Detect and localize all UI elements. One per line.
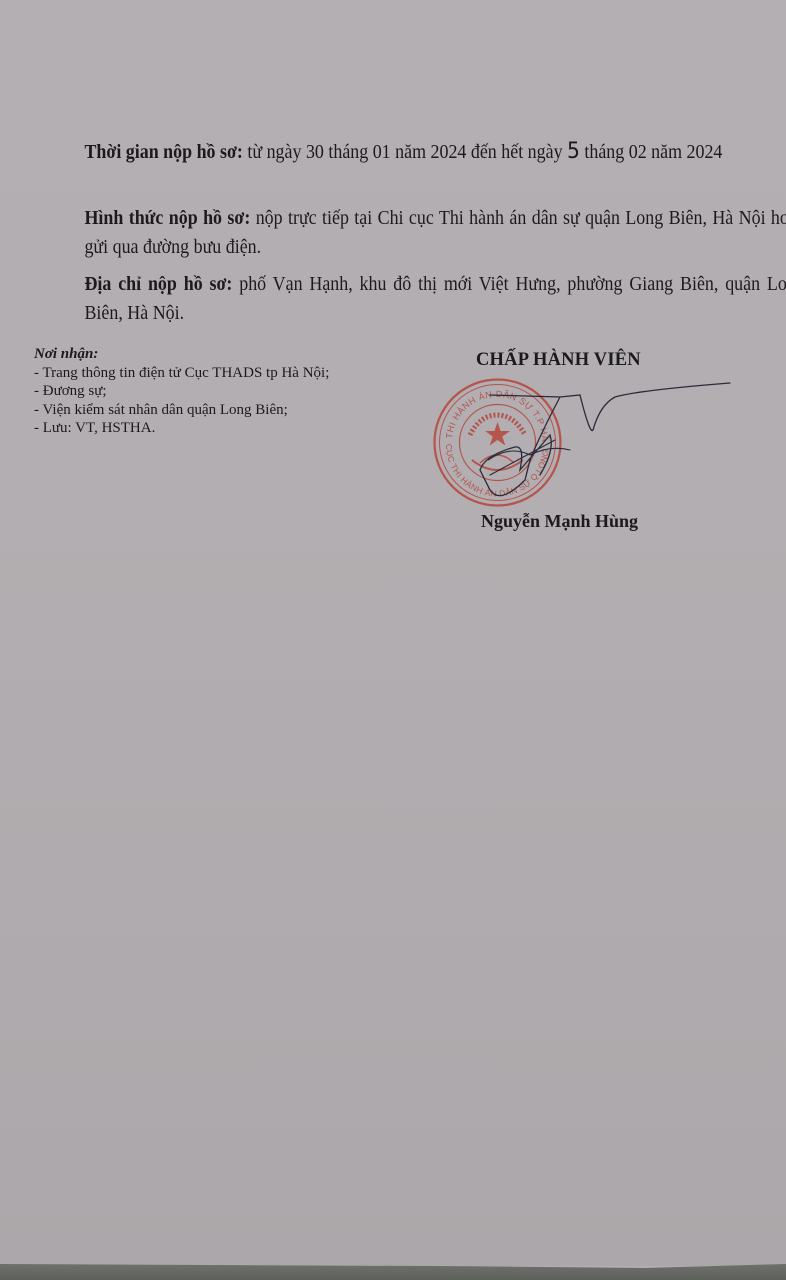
handwritten-day: 5 [567, 139, 580, 164]
submission-period-text-end: tháng 02 năm 2024 [580, 142, 723, 163]
submission-address-label: Địa chỉ nộp hồ sơ: [84, 274, 232, 295]
submission-period-paragraph: Thời gian nộp hồ sơ: từ ngày 30 tháng 01… [32, 137, 786, 167]
recipient-item: - Trang thông tin điện tử Cục THADS tp H… [34, 364, 374, 383]
recipients-block: Nơi nhận: - Trang thông tin điện tử Cục … [34, 345, 374, 438]
submission-period-label: Thời gian nộp hồ sơ: [84, 142, 242, 163]
recipients-title: Nơi nhận: [34, 345, 374, 364]
recipient-item: - Viện kiểm sát nhân dân quận Long Biên; [34, 401, 374, 420]
document-page: Thời gian nộp hồ sơ: từ ngày 30 tháng 01… [0, 0, 786, 1266]
signer-name: Nguyễn Mạnh Hùng [481, 511, 638, 532]
recipient-item: - Đương sự; [34, 382, 374, 401]
submission-method-label: Hình thức nộp hồ sơ: [84, 208, 250, 229]
background-surface [0, 1264, 786, 1280]
submission-address-paragraph: Địa chỉ nộp hồ sơ: phố Vạn Hạnh, khu đô … [32, 270, 786, 328]
submission-period-text: từ ngày 30 tháng 01 năm 2024 đến hết ngà… [243, 142, 567, 163]
submission-method-paragraph: Hình thức nộp hồ sơ: nộp trực tiếp tại C… [32, 204, 786, 262]
handwritten-signature-icon [430, 375, 750, 515]
recipient-item: - Lưu: VT, HSTHA. [34, 419, 374, 438]
signer-title: CHẤP HÀNH VIÊN [476, 350, 641, 371]
